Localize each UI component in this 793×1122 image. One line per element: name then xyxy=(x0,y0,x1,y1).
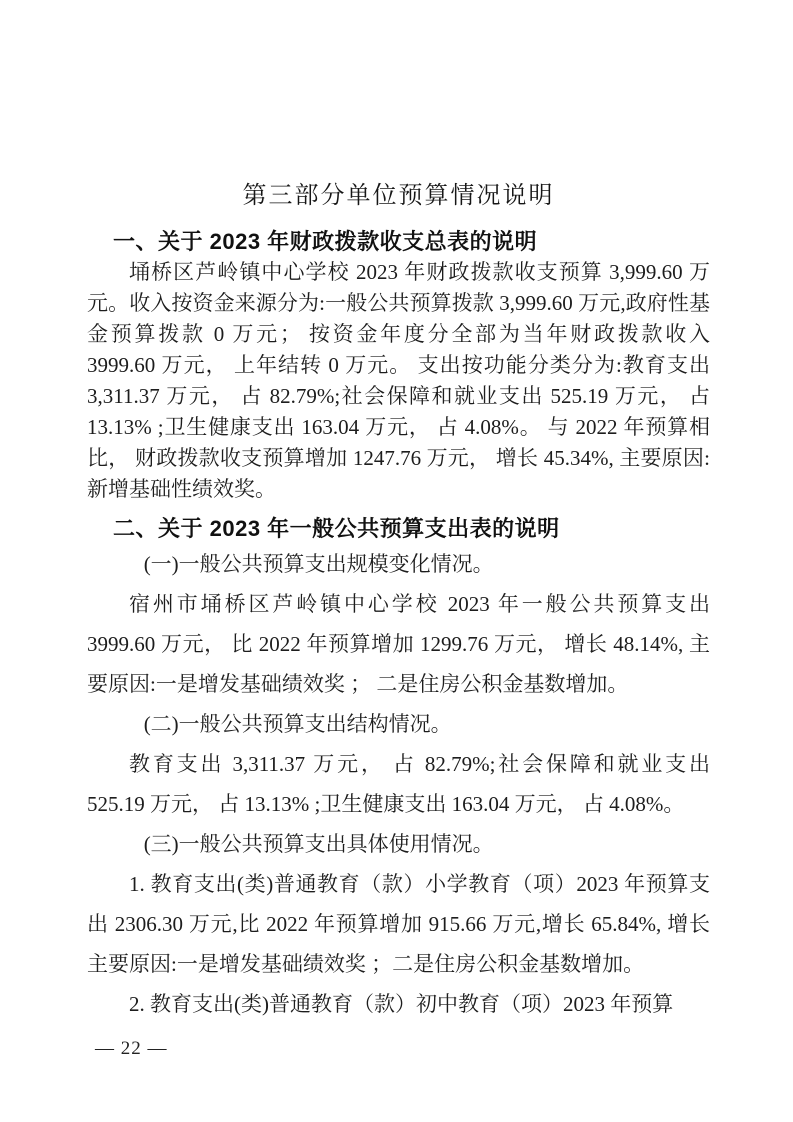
section-2-subheading-structure: (二)一般公共预算支出结构情况。 xyxy=(87,704,710,744)
section-1-heading: 一、关于 2023 年财政拨款收支总表的说明 xyxy=(87,226,710,257)
section-2-paragraph-scale-change: 宿州市埇桥区芦岭镇中心学校 2023 年一般公共预算支出 3999.60 万元，… xyxy=(87,584,710,704)
section-2-paragraph-item-1-primary-education: 1. 教育支出(类)普通教育（款）小学教育（项）2023 年预算支出 2306.… xyxy=(87,864,710,984)
section-general-public-budget-notes: 二、关于 2023 年一般公共预算支出表的说明 (一)一般公共预算支出规模变化情… xyxy=(87,513,710,1024)
section-1-paragraph-summary: 埇桥区芦岭镇中心学校 2023 年财政拨款收支预算 3,999.60 万元。收入… xyxy=(87,257,710,505)
section-fiscal-appropriation-notes: 一、关于 2023 年财政拨款收支总表的说明 埇桥区芦岭镇中心学校 2023 年… xyxy=(87,226,710,505)
page-number: — 22 — xyxy=(95,1038,168,1060)
section-2-subheading-specific-usage: (三)一般公共预算支出具体使用情况。 xyxy=(87,824,710,864)
document-page: 第三部分单位预算情况说明 一、关于 2023 年财政拨款收支总表的说明 埇桥区芦… xyxy=(0,0,793,1122)
section-2-paragraph-structure: 教育支出 3,311.37 万元， 占 82.79%;社会保障和就业支出 525… xyxy=(87,744,710,824)
section-2-subheading-scale-change: (一)一般公共预算支出规模变化情况。 xyxy=(87,544,710,584)
section-2-heading: 二、关于 2023 年一般公共预算支出表的说明 xyxy=(87,513,710,544)
document-content: 第三部分单位预算情况说明 一、关于 2023 年财政拨款收支总表的说明 埇桥区芦… xyxy=(87,0,710,1024)
document-title: 第三部分单位预算情况说明 xyxy=(87,181,710,211)
section-2-paragraph-item-2-junior-education: 2. 教育支出(类)普通教育（款）初中教育（项）2023 年预算 xyxy=(87,984,710,1024)
